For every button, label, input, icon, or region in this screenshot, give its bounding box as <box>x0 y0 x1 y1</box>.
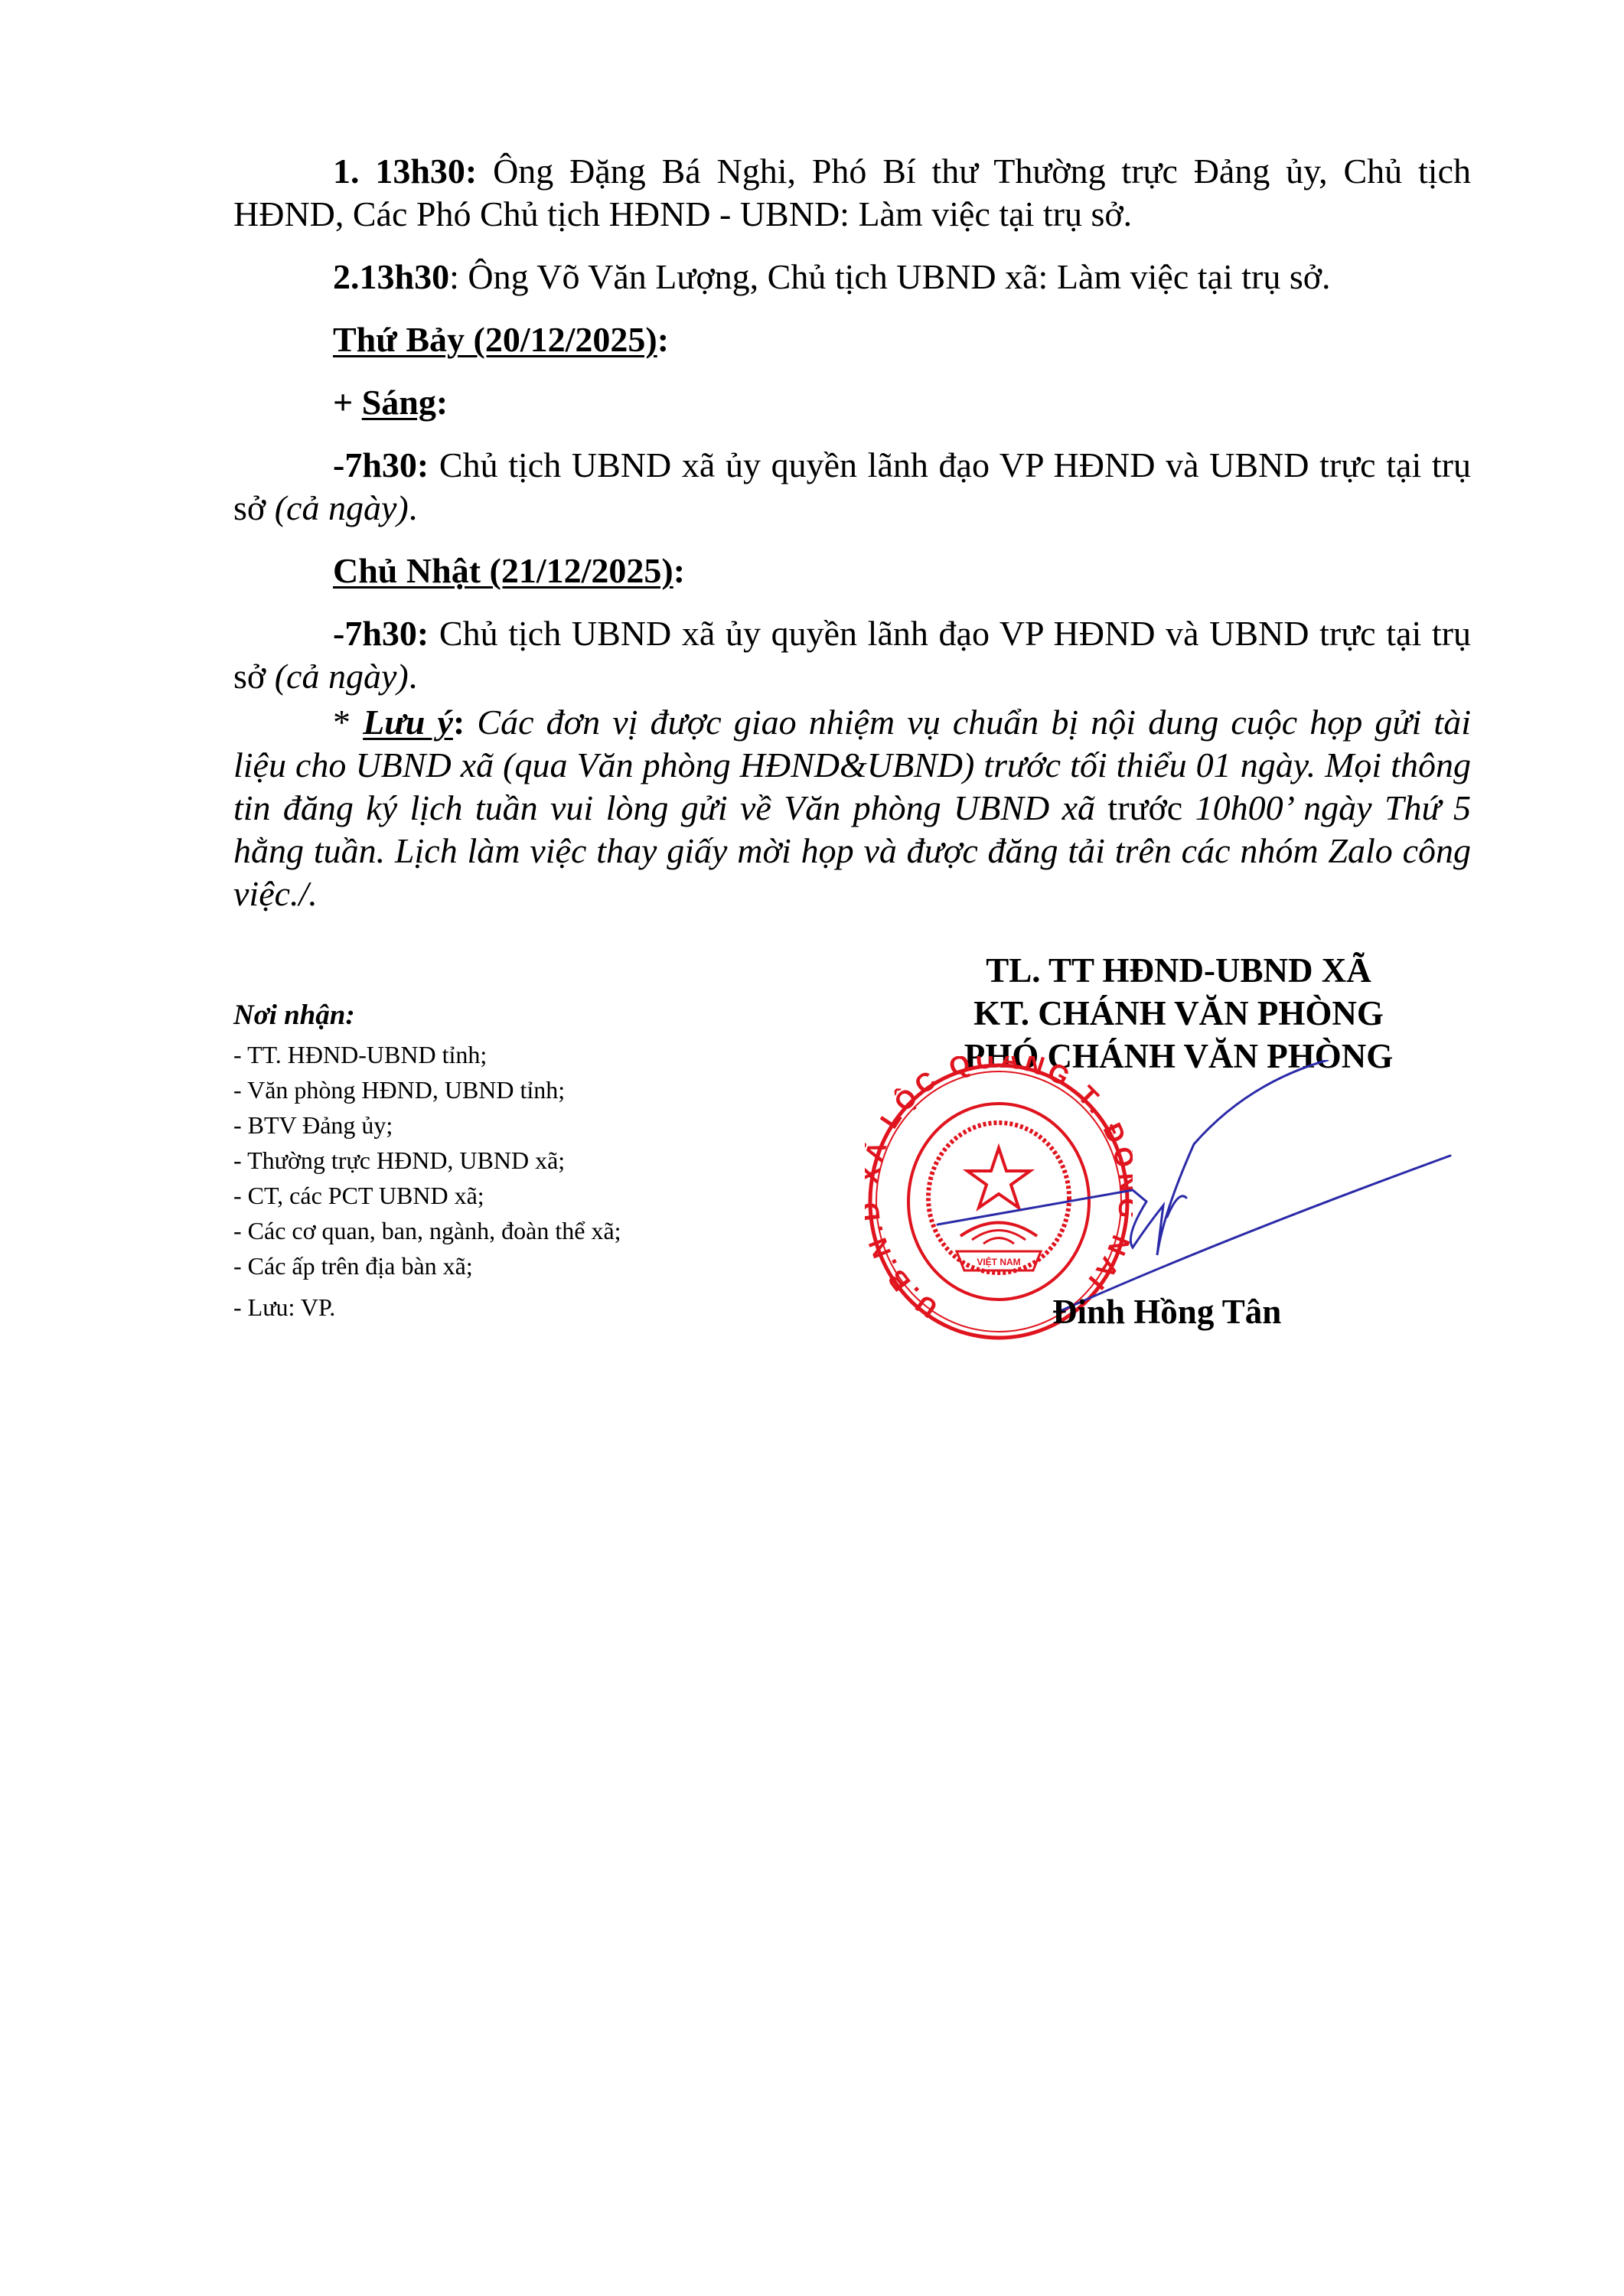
svg-text:U.B.N.D XÃ LỘC QUANG T. ĐỒNG: U.B.N.D XÃ LỘC QUANG T. ĐỒNG NAI <box>865 1056 1133 1323</box>
note-text-regular: trước <box>1095 788 1195 827</box>
note-asterisk: * <box>333 703 363 742</box>
signature-role-line-3: PHÓ CHÁNH VĂN PHÒNG <box>880 1035 1477 1078</box>
saturday-entry: -7h30: Chủ tịch UBND xã ủy quyền lãnh đạ… <box>233 444 1471 530</box>
session-colon: : <box>436 383 448 422</box>
recipients-title: Nơi nhận: <box>233 997 769 1034</box>
sunday-entry: -7h30: Chủ tịch UBND xã ủy quyền lãnh đạ… <box>233 612 1471 698</box>
note-paragraph: * Lưu ý: Các đơn vị được giao nhiệm vụ c… <box>233 701 1471 915</box>
entry-end: . <box>409 488 418 527</box>
recipient-item: - Lưu: VP. <box>233 1290 769 1325</box>
national-emblem-icon: VIỆT NAM <box>928 1123 1069 1273</box>
recipient-item: - Các ấp trên địa bàn xã; <box>233 1248 769 1283</box>
entry-end: . <box>409 657 418 696</box>
heading-colon: : <box>657 320 669 359</box>
schedule-body: 1. 13h30: Ông Đặng Bá Nghi, Phó Bí thư T… <box>233 150 1471 935</box>
recipient-item: - TT. HĐND-UBND tỉnh; <box>233 1037 769 1072</box>
day-heading: Thứ Bảy (20/12/2025) <box>333 320 657 359</box>
schedule-item-2: 2.13h30: Ông Võ Văn Lượng, Chủ tịch UBND… <box>233 256 1471 298</box>
entry-note: (cả ngày) <box>275 488 409 527</box>
signer-name: Đinh Hồng Tân <box>1052 1292 1281 1332</box>
recipient-item: - CT, các PCT UBND xã; <box>233 1178 769 1213</box>
recipient-item: - Văn phòng HĐND, UBND tỉnh; <box>233 1072 769 1107</box>
session-prefix: + <box>333 383 362 422</box>
note-label: Lưu ý <box>363 703 453 742</box>
sunday-heading: Chủ Nhật (21/12/2025): <box>233 550 1471 592</box>
recipient-item: - Các cơ quan, ban, ngành, đoàn thể xã; <box>233 1213 769 1248</box>
signature-block: TL. TT HĐND-UBND XÃ KT. CHÁNH VĂN PHÒNG … <box>880 949 1477 1078</box>
entry-time-label: -7h30: <box>333 614 429 653</box>
item-time-label: 2.13h30 <box>333 257 449 296</box>
recipient-item: - BTV Đảng ủy; <box>233 1107 769 1143</box>
recipient-item: - Thường trực HĐND, UBND xã; <box>233 1143 769 1178</box>
signature-role-line-2: KT. CHÁNH VĂN PHÒNG <box>880 992 1477 1035</box>
signature-role-line-1: TL. TT HĐND-UBND XÃ <box>880 949 1477 992</box>
heading-colon: : <box>673 551 685 590</box>
svg-text:VIỆT NAM: VIỆT NAM <box>977 1256 1020 1267</box>
document-page: 1. 13h30: Ông Đặng Bá Nghi, Phó Bí thư T… <box>0 0 1624 2296</box>
saturday-session: + Sáng: <box>233 381 1471 424</box>
entry-note: (cả ngày) <box>275 657 409 696</box>
entry-time-label: -7h30: <box>333 445 429 484</box>
stamp-ring-text: U.B.N.D XÃ LỘC QUANG T. ĐỒNG NAI <box>865 1056 1133 1323</box>
recipients-list: - TT. HĐND-UBND tỉnh; - Văn phòng HĐND, … <box>233 1037 769 1325</box>
session-label: Sáng <box>362 383 436 422</box>
item-time-label: 1. 13h30: <box>333 152 477 191</box>
item-text: : Ông Võ Văn Lượng, Chủ tịch UBND xã: Là… <box>449 257 1330 296</box>
note-colon: : <box>453 703 465 742</box>
saturday-heading: Thứ Bảy (20/12/2025): <box>233 318 1471 361</box>
handwritten-signature-icon <box>903 1060 1454 1313</box>
day-heading: Chủ Nhật (21/12/2025) <box>333 551 673 590</box>
schedule-item-1: 1. 13h30: Ông Đặng Bá Nghi, Phó Bí thư T… <box>233 150 1471 236</box>
recipients-block: Nơi nhận: - TT. HĐND-UBND tỉnh; - Văn ph… <box>233 997 769 1325</box>
